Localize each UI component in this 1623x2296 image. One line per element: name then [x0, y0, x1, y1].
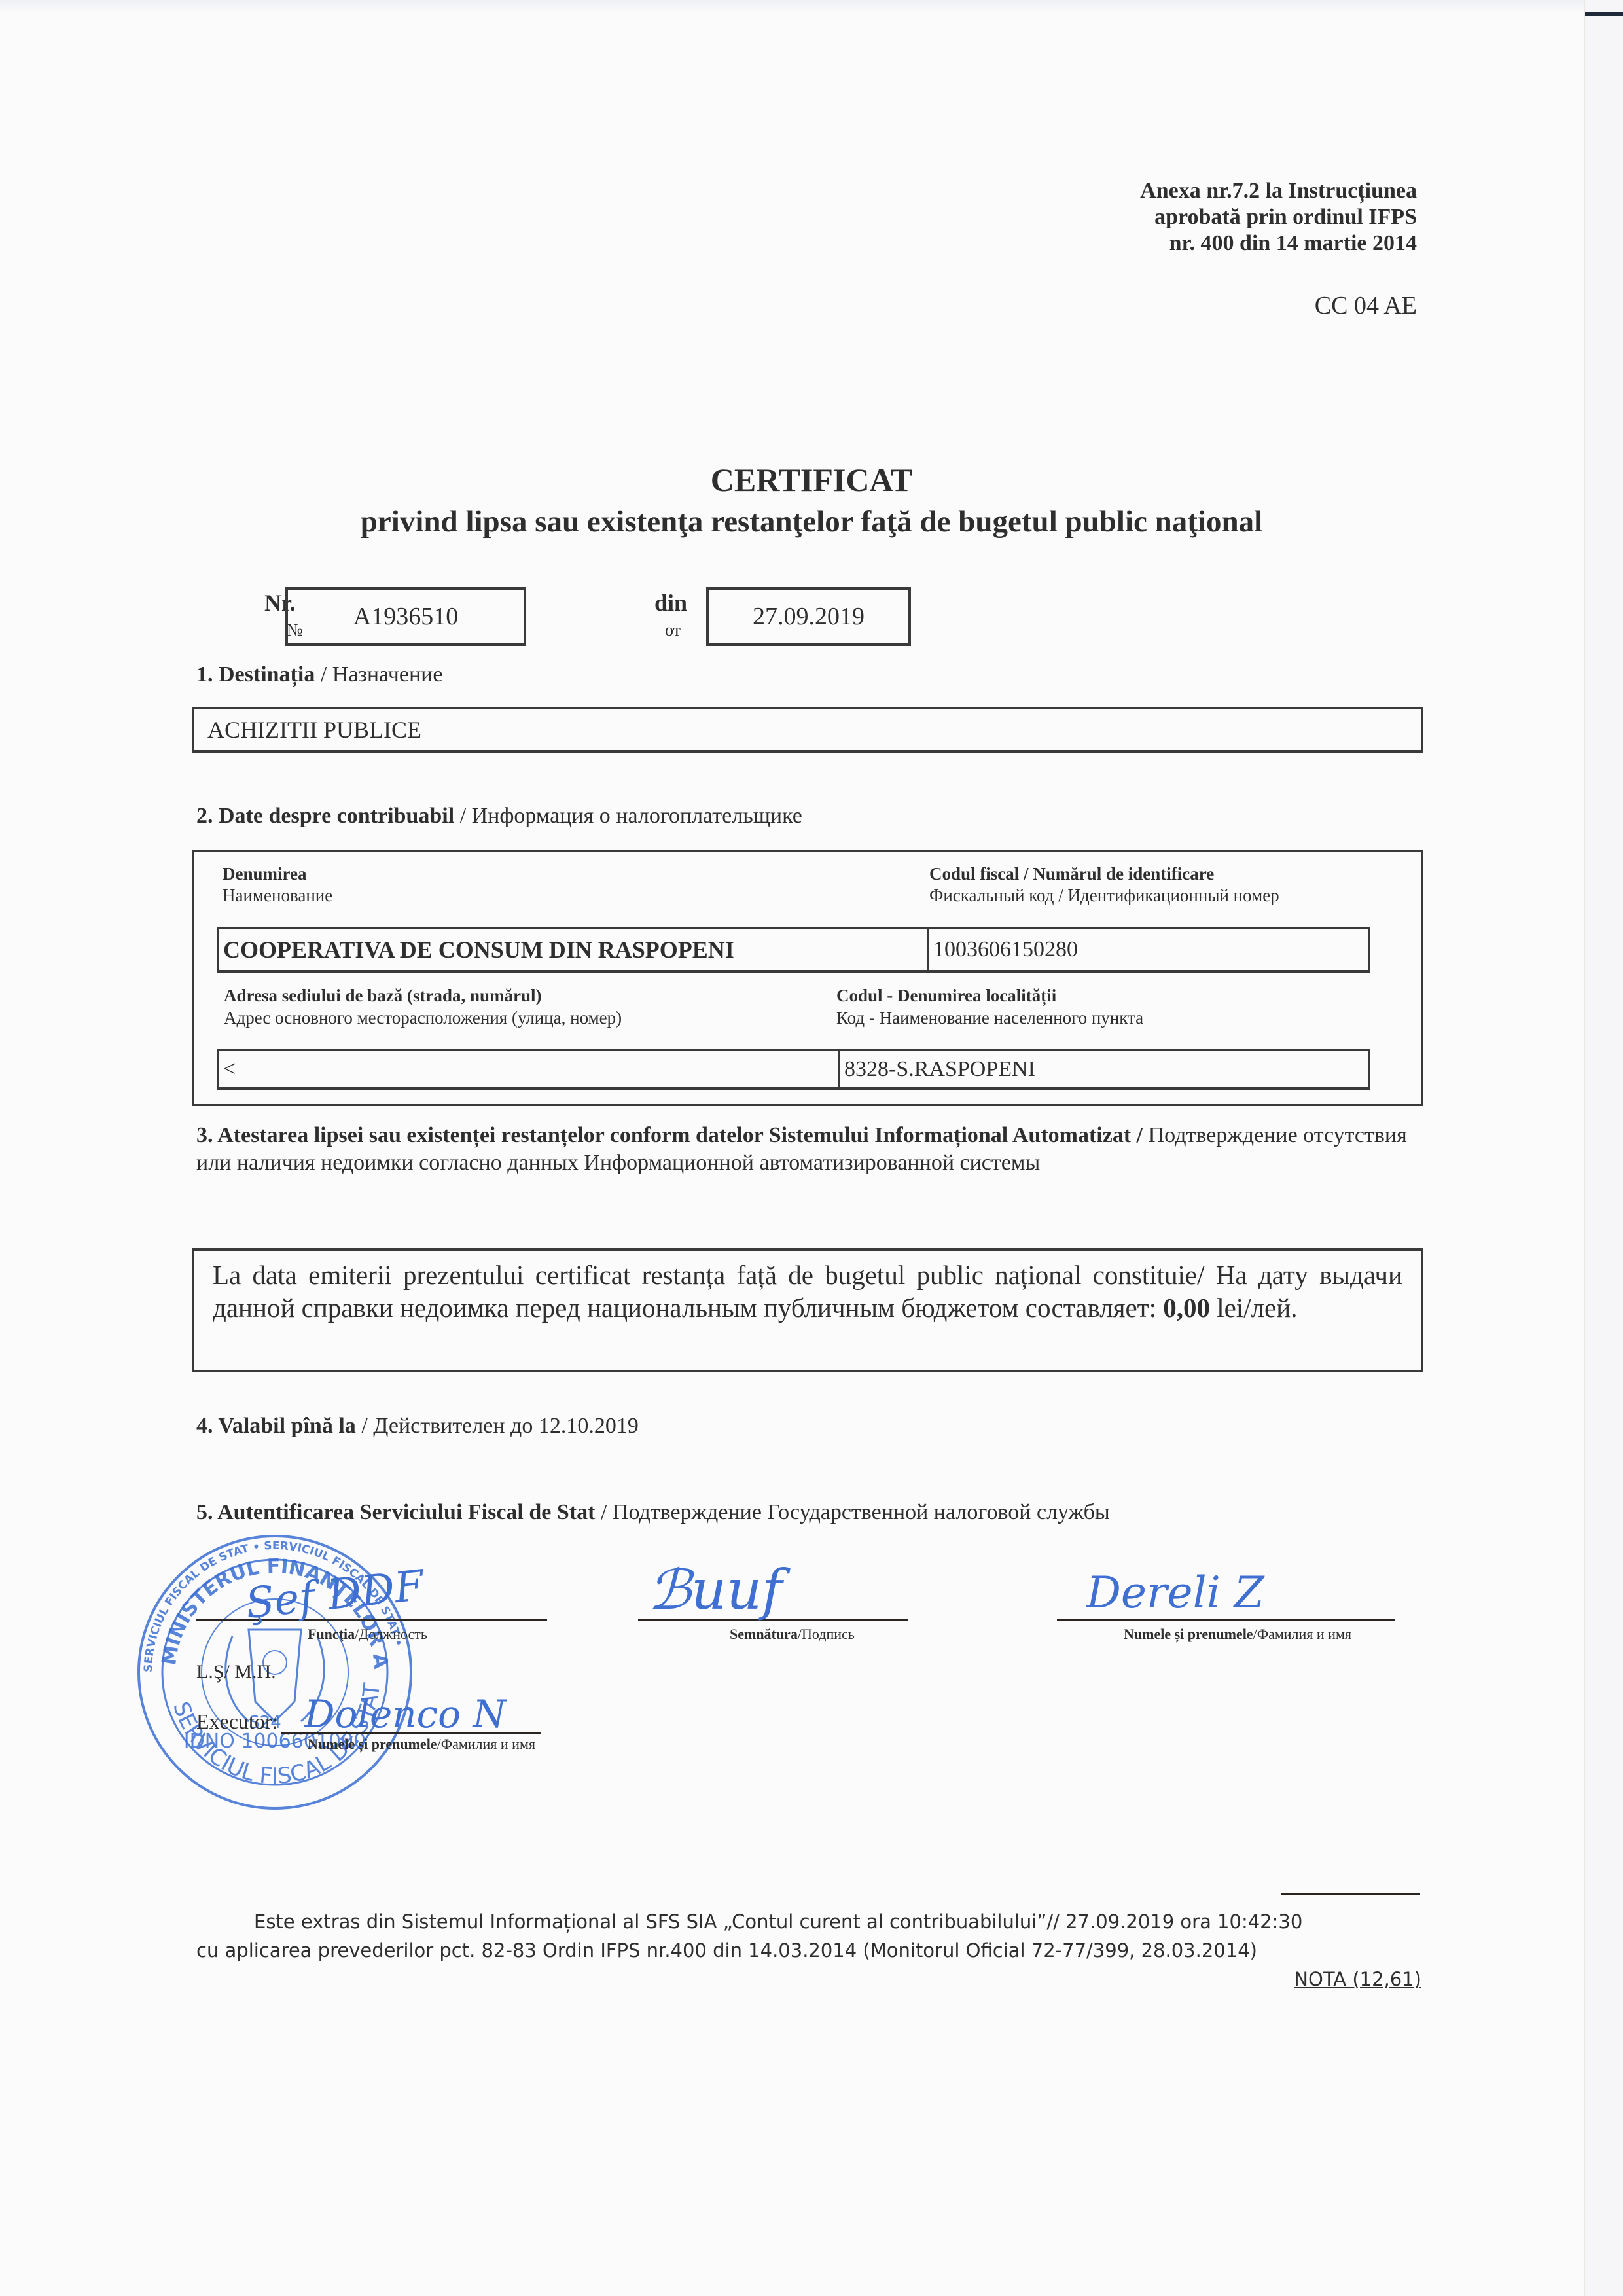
- handwritten-name: Dereli Z: [1086, 1568, 1264, 1618]
- section-heading-ro: 1. Destinația: [196, 662, 315, 687]
- locality-label-ru: Код - Наименование населенного пункта: [836, 1008, 1143, 1028]
- name-label-ru: Наименование: [223, 886, 332, 906]
- footer-line: Este extras din Sistemul Informațional a…: [196, 1907, 1421, 1936]
- annex-line: nr. 400 din 14 martie 2014: [1140, 230, 1417, 257]
- footer-line: cu aplicarea prevederilor pct. 82-83 Ord…: [196, 1936, 1421, 1965]
- name-caption: Numele și prenumele/Фамилия и имя: [1124, 1626, 1351, 1643]
- address-row: < 8328-S.RASPOPENI: [217, 1049, 1370, 1090]
- address-label-ru: Адрес основного месторасположения (улица…: [224, 1008, 622, 1028]
- section-heading-ro: 2. Date despre contribuabil: [196, 804, 454, 828]
- section-heading-ro: 3. Atestarea lipsei sau existenței resta…: [196, 1123, 1143, 1147]
- footer-note: Este extras din Sistemul Informațional a…: [196, 1907, 1421, 1994]
- destination-field: ACHIZITII PUBLICE: [192, 707, 1423, 753]
- scan-edge: [1585, 12, 1623, 16]
- executor-label: Executor:: [196, 1710, 277, 1734]
- section-heading-ru: / Подтверждение Государственной налогово…: [595, 1500, 1109, 1524]
- executor-caption: Numele și prenumele/Фамилия и имя: [308, 1736, 535, 1753]
- footer-rule: [1281, 1893, 1420, 1895]
- fiscal-code-field: 1003606150280: [929, 929, 1368, 970]
- annex-line: aprobată prin ordinul IFPS: [1140, 204, 1417, 230]
- locality-label: Codul - Denumirea localității: [836, 986, 1056, 1006]
- section-2-heading: 2. Date despre contribuabil / Информация…: [196, 804, 802, 829]
- section-3-heading: 3. Atestarea lipsei sau existenței resta…: [196, 1122, 1427, 1177]
- position-caption: Funcţia/Должность: [308, 1626, 427, 1643]
- certificate-number-field: A1936510: [285, 587, 526, 646]
- date-label: din: [654, 589, 687, 617]
- document-title: CERTIFICAT: [0, 461, 1623, 499]
- section-heading-ru: / Назначение: [315, 662, 442, 687]
- arrears-currency: lei/лей.: [1210, 1293, 1297, 1323]
- handwritten-executor-name: Dolenco N: [304, 1692, 506, 1736]
- issue-date-field: 27.09.2019: [706, 587, 911, 646]
- section-5-heading: 5. Autentificarea Serviciului Fiscal de …: [196, 1500, 1110, 1525]
- scan-edge: [0, 0, 1584, 13]
- section-4-heading: 4. Valabil pînă la / Действителен до 12.…: [196, 1414, 639, 1439]
- nota-reference: NOTA (12,61): [196, 1965, 1421, 1994]
- section-heading-ro: 5. Autentificarea Serviciului Fiscal de …: [196, 1500, 595, 1524]
- document-subtitle: privind lipsa sau existenţa restanţelor …: [0, 504, 1623, 539]
- taxpayer-name-field: COOPERATIVA DE CONSUM DIN RASPOPENI: [219, 929, 929, 970]
- seal-label: L.Ş/ М.П.: [196, 1661, 276, 1683]
- name-row: COOPERATIVA DE CONSUM DIN RASPOPENI 1003…: [217, 927, 1370, 973]
- name-label: Denumirea: [223, 864, 307, 884]
- name-line: [1057, 1619, 1395, 1621]
- valid-until: / Действителен до 12.10.2019: [356, 1414, 639, 1438]
- handwritten-signature-icon: ℬuuf: [648, 1558, 782, 1622]
- scan-edge: [1584, 0, 1623, 2296]
- signature-caption: Semnătura/Подпись: [730, 1626, 855, 1643]
- section-heading-ru: / Информация о налогоплательщике: [454, 804, 802, 828]
- section-1-heading: 1. Destinația / Назначение: [196, 662, 442, 687]
- annex-reference: Anexa nr.7.2 la Instrucțiunea aprobată p…: [1140, 178, 1417, 257]
- arrears-amount: 0,00: [1163, 1293, 1210, 1323]
- fiscal-code-label: Codul fiscal / Numărul de identificare: [929, 864, 1214, 884]
- section-heading-ro: 4. Valabil pînă la: [196, 1414, 356, 1438]
- form-code: CC 04 AE: [1315, 291, 1417, 320]
- arrears-statement-box: La data emiterii prezentului certificat …: [192, 1248, 1423, 1372]
- fiscal-code-label-ru: Фискальный код / Идентификационный номер: [929, 886, 1279, 906]
- locality-field: 8328-S.RASPOPENI: [840, 1051, 1368, 1087]
- address-field: <: [219, 1051, 840, 1087]
- annex-line: Anexa nr.7.2 la Instrucțiunea: [1140, 178, 1417, 204]
- address-label: Adresa sediului de bază (strada, numărul…: [224, 986, 542, 1006]
- date-label-ru: от: [665, 620, 681, 640]
